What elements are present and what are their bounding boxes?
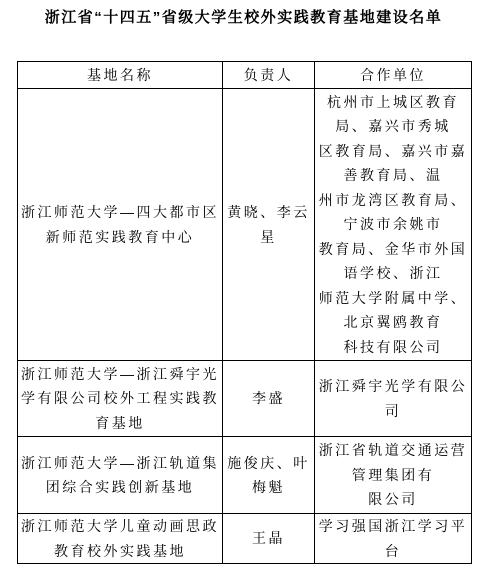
- cell-person-in-charge: 李盛: [223, 361, 315, 437]
- table-row: 浙江师范大学—浙江舜宇光 学有限公司校外工程实践教 育基地 李盛 浙江舜宇光学有…: [18, 361, 472, 437]
- table-row: 浙江师范大学—浙江轨道集 团综合实践创新基地 施俊庆、叶 梅魁 浙江省轨道交通运…: [18, 437, 472, 514]
- column-header-person-in-charge: 负责人: [223, 62, 315, 89]
- cell-person-in-charge: 黄晓、李云 星: [223, 89, 315, 361]
- cell-person-in-charge: 王晶: [223, 514, 315, 564]
- column-header-partner-unit: 合作单位: [315, 62, 472, 89]
- table-row: 浙江师范大学儿童动画思政 教育校外实践基地 王晶 学习强国浙江学习平 台: [18, 514, 472, 564]
- cell-partner-unit: 浙江舜宇光学有限公 司: [315, 361, 472, 437]
- page-title: 浙江省“十四五”省级大学生校外实践教育基地建设名单: [0, 8, 487, 28]
- cell-base-name: 浙江师范大学儿童动画思政 教育校外实践基地: [18, 514, 223, 564]
- table-row: 浙江师范大学—四大都市区 新师范实践教育中心 黄晓、李云 星 杭州市上城区教育 …: [18, 89, 472, 361]
- cell-partner-unit: 杭州市上城区教育 局、嘉兴市秀城 区教育局、嘉兴市嘉 善教育局、温 州市龙湾区教…: [315, 89, 472, 361]
- cell-partner-unit: 学习强国浙江学习平 台: [315, 514, 472, 564]
- cell-base-name: 浙江师范大学—四大都市区 新师范实践教育中心: [18, 89, 223, 361]
- base-list-table: 基地名称 负责人 合作单位 浙江师范大学—四大都市区 新师范实践教育中心 黄晓、…: [17, 61, 472, 564]
- column-header-base-name: 基地名称: [18, 62, 223, 89]
- table-header-row: 基地名称 负责人 合作单位: [18, 62, 472, 89]
- cell-partner-unit: 浙江省轨道交通运营 管理集团有 限公司: [315, 437, 472, 514]
- cell-base-name: 浙江师范大学—浙江舜宇光 学有限公司校外工程实践教 育基地: [18, 361, 223, 437]
- cell-person-in-charge: 施俊庆、叶 梅魁: [223, 437, 315, 514]
- cell-base-name: 浙江师范大学—浙江轨道集 团综合实践创新基地: [18, 437, 223, 514]
